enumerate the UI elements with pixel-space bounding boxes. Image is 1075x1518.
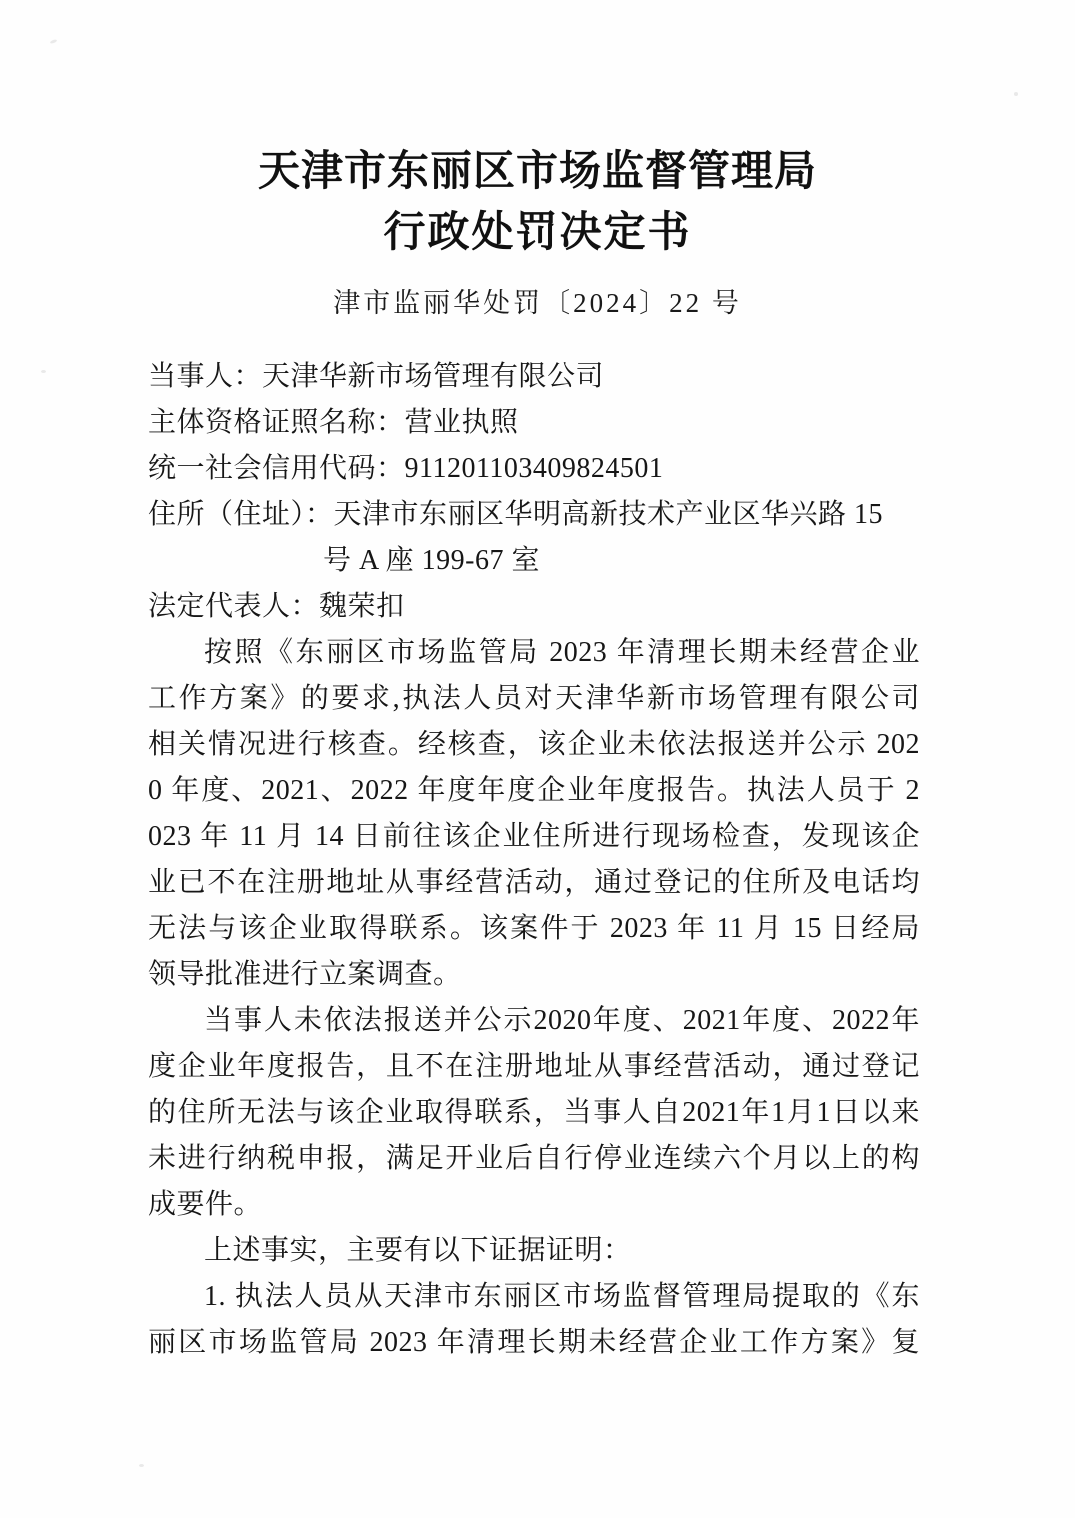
body-line: 领导批准进行立案调查。 — [148, 952, 920, 998]
party-name-line: 当事人：天津华新市场管理有限公司 — [148, 354, 920, 400]
scan-speck — [139, 1464, 144, 1467]
document-title-type: 行政处罚决定书 — [0, 199, 1075, 259]
body-line: 1. 执法人员从天津市东丽区市场监督管理局提取的《东 — [148, 1274, 920, 1320]
scan-speck — [50, 39, 58, 44]
credit-code-line: 统一社会信用代码：911201103409824501 — [148, 446, 920, 492]
penalty-decision-document-page: 天津市东丽区市场监督管理局 行政处罚决定书 津市监丽华处罚〔2024〕22 号 … — [0, 0, 1075, 1518]
body-line: 按照《东丽区市场监管局 2023 年清理长期未经营企业 — [148, 630, 920, 676]
scan-speck — [41, 370, 46, 373]
body-line: 度企业年度报告，且不在注册地址从事经营活动，通过登记 — [148, 1044, 920, 1090]
body-line: 业已不在注册地址从事经营活动，通过登记的住所及电话均 — [148, 860, 920, 906]
body-line: 丽区市场监管局 2023 年清理长期未经营企业工作方案》复 — [148, 1320, 920, 1366]
body-line: 成要件。 — [148, 1182, 920, 1228]
body-line: 的住所无法与该企业取得联系，当事人自2021年1月1日以来 — [148, 1090, 920, 1136]
body-line: 上述事实，主要有以下证据证明： — [148, 1228, 920, 1274]
body-line: 无法与该企业取得联系。该案件于 2023 年 11 月 15 日经局 — [148, 906, 920, 952]
document-title-authority: 天津市东丽区市场监督管理局 — [0, 138, 1075, 198]
body-line: 相关情况进行核查。经核查，该企业未依法报送并公示 202 — [148, 722, 920, 768]
document-number: 津市监丽华处罚〔2024〕22 号 — [0, 281, 1075, 320]
body-line: 当事人未依法报送并公示2020年度、2021年度、2022年 — [148, 998, 920, 1044]
address-line-2: 号 A 座 199-67 室 — [148, 538, 920, 584]
body-line: 工作方案》的要求,执法人员对天津华新市场管理有限公司 — [148, 676, 920, 722]
legal-representative-line: 法定代表人：魏荣扣 — [148, 584, 920, 630]
body-line: 0 年度、2021、2022 年度年度企业年度报告。执法人员于 2 — [148, 768, 920, 814]
document-body: 当事人：天津华新市场管理有限公司 主体资格证照名称：营业执照 统一社会信用代码：… — [148, 354, 920, 1366]
body-line: 未进行纳税申报，满足开业后自行停业连续六个月以上的构 — [148, 1136, 920, 1182]
scan-speck — [1014, 92, 1018, 96]
body-line: 023 年 11 月 14 日前往该企业住所进行现场检查，发现该企 — [148, 814, 920, 860]
license-type-line: 主体资格证照名称：营业执照 — [148, 400, 920, 446]
address-line-1: 住所（住址）：天津市东丽区华明高新技术产业区华兴路 15 — [148, 492, 920, 538]
